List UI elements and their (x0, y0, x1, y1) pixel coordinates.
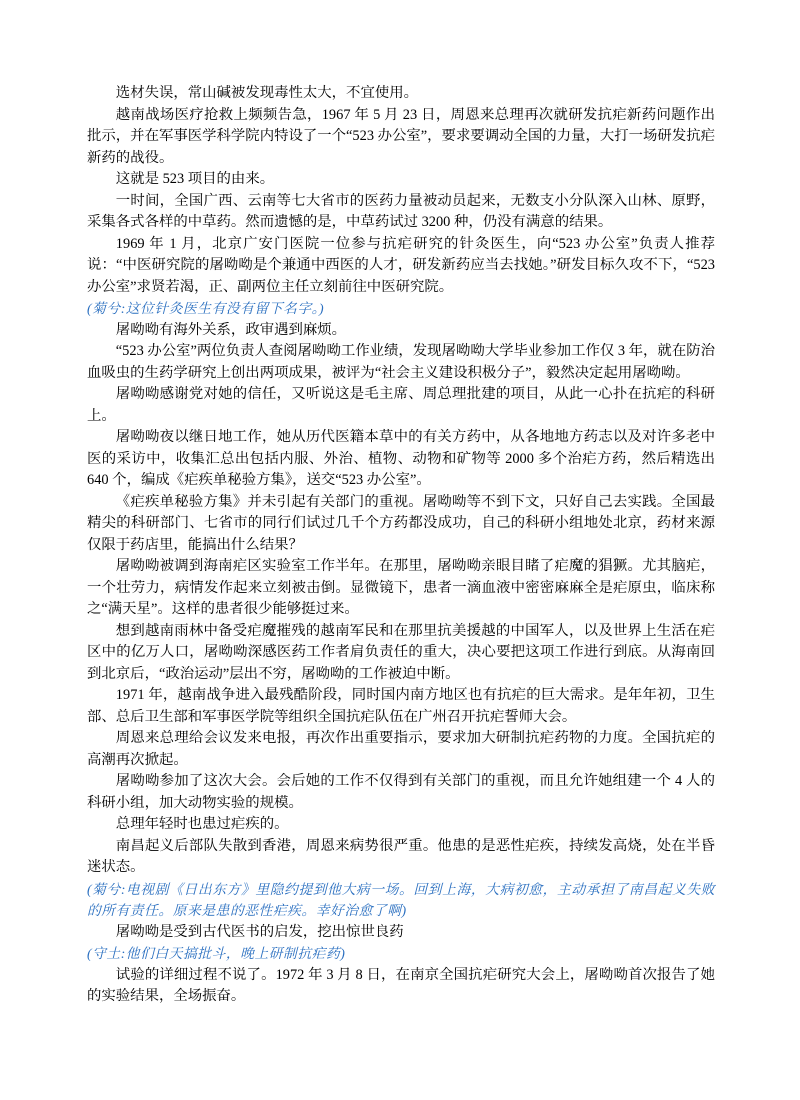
document-page: 选材失误，常山碱被发现毒性太大，不宜使用。 越南战场医疗抢救上频频告急，1967… (0, 0, 800, 1100)
paragraph: 屠呦呦参加了这次大会。会后她的工作不仅得到有关部门的重视，而且允许她组建一个 4… (87, 771, 715, 814)
paragraph: 《疟疾单秘验方集》并未引起有关部门的重视。屠呦呦等不到下文，只好自己去实践。全国… (87, 492, 715, 557)
handwritten-annotation: (菊兮:电视剧《日出东方》里隐约提到他大病一场。回到上海，大病初愈，主动承担了南… (87, 879, 715, 922)
paragraph: 屠呦呦感谢党对她的信任，又听说这是毛主席、周总理批建的项目，从此一心扑在抗疟的科… (87, 384, 715, 427)
paragraph: 选材失误，常山碱被发现毒性太大，不宜使用。 (87, 83, 715, 105)
paragraph: 南昌起义后部队失散到香港，周恩来病势很严重。他患的是恶性疟疾，持续发高烧，处在半… (87, 836, 715, 879)
paragraph: 屠呦呦夜以继日地工作，她从历代医籍本草中的有关方药中，从各地地方药志以及对许多老… (87, 427, 715, 492)
paragraph: 1971 年，越南战争进入最残酷阶段，同时国内南方地区也有抗疟的巨大需求。是年年… (87, 685, 715, 728)
paragraph: 屠呦呦是受到古代医书的启发，挖出惊世良药 (87, 922, 715, 944)
document-content: 选材失误，常山碱被发现毒性太大，不宜使用。 越南战场医疗抢救上频频告急，1967… (87, 83, 715, 1008)
paragraph: 1969 年 1 月，北京广安门医院一位参与抗疟研究的针灸医生，向“523 办公… (87, 234, 715, 299)
paragraph: 屠呦呦被调到海南疟区实验室工作半年。在那里，屠呦呦亲眼目睹了疟魔的猖獗。尤其脑疟… (87, 556, 715, 621)
paragraph: “523 办公室”两位负责人查阅屠呦呦工作业绩，发现屠呦呦大学毕业参加工作仅 3… (87, 341, 715, 384)
paragraph: 想到越南雨林中备受疟魔摧残的越南军民和在那里抗美援越的中国军人，以及世界上生活在… (87, 621, 715, 686)
handwritten-annotation: (守土:他们白天搞批斗，晚上研制抗疟药) (87, 943, 715, 965)
paragraph: 一时间，全国广西、云南等七大省市的医药力量被动员起来，无数支小分队深入山林、原野… (87, 191, 715, 234)
paragraph: 越南战场医疗抢救上频频告急，1967 年 5 月 23 日，周恩来总理再次就研发… (87, 105, 715, 170)
paragraph: 这就是 523 项目的由来。 (87, 169, 715, 191)
paragraph: 总理年轻时也患过疟疾的。 (87, 814, 715, 836)
paragraph: 试验的详细过程不说了。1972 年 3 月 8 日，在南京全国抗疟研究大会上，屠… (87, 965, 715, 1008)
paragraph: 屠呦呦有海外关系，政审遇到麻烦。 (87, 320, 715, 342)
handwritten-annotation: (菊兮:这位针灸医生有没有留下名字。) (87, 298, 715, 320)
paragraph: 周恩来总理给会议发来电报，再次作出重要指示，要求加大研制抗疟药物的力度。全国抗疟… (87, 728, 715, 771)
